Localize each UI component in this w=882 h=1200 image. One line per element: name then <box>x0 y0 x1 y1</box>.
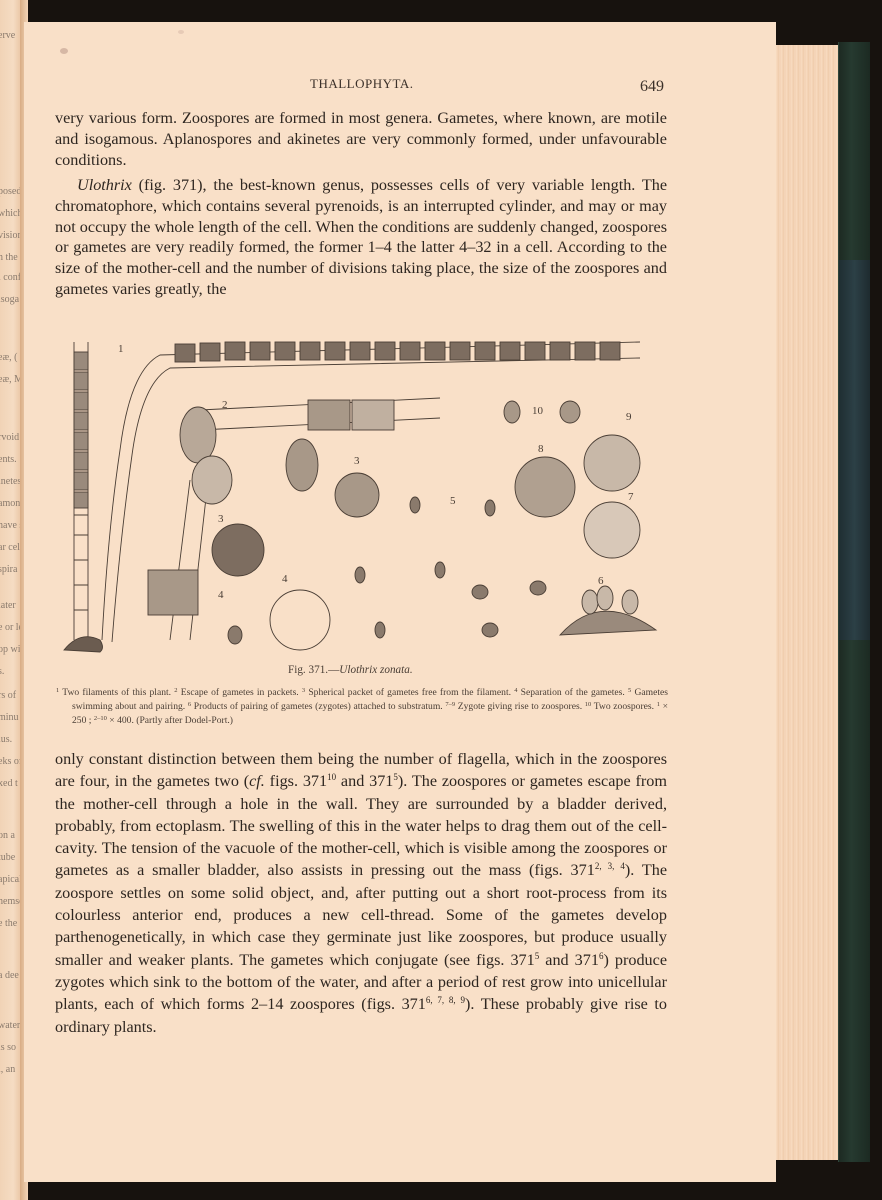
left-page-fragment: lus. <box>0 734 12 745</box>
left-page-fragment: vision <box>0 230 22 241</box>
book-cover-green-cloth <box>838 42 870 1162</box>
panel-label-3b: 3 <box>218 513 224 525</box>
panel-label-10: 10 <box>532 405 544 417</box>
left-page-fragment: have s <box>0 520 22 531</box>
left-page-fragment: eæ, M <box>0 374 22 385</box>
panel-label-2: 2 <box>222 399 228 411</box>
genus-name: Ulothrix <box>77 176 132 194</box>
left-page-fragment: spira <box>0 564 17 575</box>
left-page-fragment: tube <box>0 852 15 863</box>
running-head: THALLOPHYTA. <box>310 76 414 92</box>
panel-label-4: 4 <box>282 573 288 585</box>
left-page-fragment: ents. <box>0 454 17 465</box>
paragraph: Ulothrix (fig. 371), the best-known genu… <box>55 175 667 300</box>
panel-label-5: 5 <box>450 495 456 507</box>
left-page-fragment: l, an <box>0 1064 15 1075</box>
left-page-fragment: on a <box>0 830 15 841</box>
page-number: 649 <box>640 78 664 96</box>
figure-title: Fig. 371.—Ulothrix zonata. <box>288 664 413 676</box>
left-page-fragment: rs of <box>0 690 16 701</box>
left-page-fragment: s. <box>0 666 4 677</box>
panel-label-1: 1 <box>118 343 124 355</box>
left-page-fragment: inetes <box>0 476 21 487</box>
panel-label-8: 8 <box>538 443 544 455</box>
species-name: Ulothrix zonata. <box>339 664 412 676</box>
paragraph: very various form. Zoospores are formed … <box>55 108 667 171</box>
panel-label-6: 6 <box>598 575 604 587</box>
left-page-fragment: apical <box>0 874 22 885</box>
left-page-fragment: water <box>0 1020 20 1031</box>
left-page-fragment: which <box>0 208 22 219</box>
left-page-fragment: ar cell <box>0 542 22 553</box>
left-page-fragment: n the <box>0 252 18 263</box>
left-page-fragment: erve <box>0 30 15 41</box>
left-page-fragment: a dee <box>0 970 19 981</box>
figure-caption: 1 Two filaments of this plant. 2 Escape … <box>56 686 668 728</box>
left-page-fragment: op wi <box>0 644 21 655</box>
panel-label-7: 7 <box>628 491 634 503</box>
left-page-fragment: eæ, ( <box>0 352 17 363</box>
left-page-edge: erve posed which vision n the l conf iso… <box>0 0 22 1200</box>
left-page-fragment: later <box>0 600 16 611</box>
left-page-fragment: e the <box>0 918 17 929</box>
left-page-fragment: minu <box>0 712 19 723</box>
page-fore-edge <box>770 45 838 1160</box>
left-page-fragment: hemse <box>0 896 22 907</box>
paragraph: only constant distinction between them b… <box>55 748 667 1038</box>
paper-spot <box>178 30 184 34</box>
panel-label-4b: 4 <box>218 589 224 601</box>
cover-band <box>839 260 870 640</box>
left-page-fragment: among <box>0 498 22 509</box>
body-text-top: very various form. Zoospores are formed … <box>55 108 667 300</box>
left-page-fragment: eks of <box>0 756 22 767</box>
figure-371-illustration: 1 2 3 3 4 4 5 6 7 8 9 10 <box>60 330 660 658</box>
body-text-bottom: only constant distinction between them b… <box>55 748 667 1038</box>
left-page-fragment: posed <box>0 186 21 197</box>
left-page-fragment: l conf <box>0 272 21 283</box>
left-page-fragment: isoga <box>0 294 19 305</box>
panel-label-3: 3 <box>354 455 360 467</box>
left-page-fragment: e or le <box>0 622 22 633</box>
paper-spot <box>60 48 68 54</box>
left-page-fragment: rvoid <box>0 432 19 443</box>
left-page-fragment: ls so <box>0 1042 16 1053</box>
panel-label-9: 9 <box>626 411 632 423</box>
left-page-fragment: xed t <box>0 778 18 789</box>
